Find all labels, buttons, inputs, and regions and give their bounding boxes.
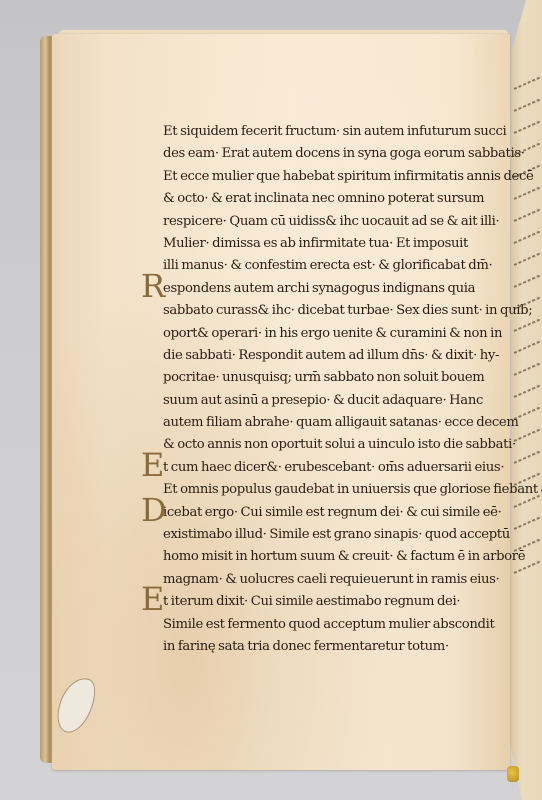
text-line: Mulier· dimissa es ab infirmitate tua· E…	[163, 233, 463, 255]
book-clasp	[507, 766, 519, 782]
line-text: Et omnis populus gaudebat in uniuersis q…	[163, 482, 542, 497]
line-text: sabbato curass& ihc· dicebat turbae· Sex…	[163, 303, 532, 318]
line-text: autem filiam abrahe· quam alligauit sata…	[163, 415, 518, 430]
text-line: Et siquidem fecerit fructum· sin autem i…	[163, 121, 463, 143]
text-line: existimabo illud· Simile est grano sinap…	[163, 524, 463, 546]
facing-text-line	[514, 186, 542, 200]
text-line: Et omnis populus gaudebat in uniuersis q…	[163, 479, 463, 501]
text-line: sabbato curass& ihc· dicebat turbae· Sex…	[163, 300, 463, 322]
decorated-initial-e: E	[141, 451, 164, 479]
facing-text-line	[514, 274, 542, 288]
text-line: Dicebat ergo· Cui simile est regnum dei·…	[163, 502, 463, 524]
line-text: respicere· Quam cū uidiss& ihc uocauit a…	[163, 214, 499, 229]
line-text: t iterum dixit· Cui simile aestimabo reg…	[163, 594, 460, 609]
line-text: suum aut asinū a presepio· & ducit adaqu…	[163, 393, 483, 408]
text-line: Et iterum dixit· Cui simile aestimabo re…	[163, 591, 463, 613]
line-text: Et siquidem fecerit fructum· sin autem i…	[163, 124, 506, 139]
line-text: magnam· & uolucres caeli requieuerunt in…	[163, 572, 499, 587]
text-line: & octo annis non oportuit solui a uincul…	[163, 434, 463, 456]
line-text: in farinę sata tria donec fermentaretur …	[163, 639, 449, 654]
line-text: illi manus· & confestim erecta est· & gl…	[163, 258, 492, 273]
text-line: Simile est fermento quod acceptum mulier…	[163, 614, 463, 636]
text-line: homo misit in hortum suum & creuit· & fa…	[163, 546, 463, 568]
facing-text-line	[514, 450, 542, 464]
decorated-initial-d: D	[141, 496, 166, 524]
facing-text-line	[514, 120, 542, 134]
facing-text-line	[514, 98, 542, 112]
facing-text-line	[514, 384, 542, 398]
facing-text-line	[514, 208, 542, 222]
line-text: & octo· & erat inclinata nec omnino pote…	[163, 191, 484, 206]
facing-text-line	[514, 230, 542, 244]
text-line: magnam· & uolucres caeli requieuerunt in…	[163, 569, 463, 591]
text-line: pocritae· unusquisq; urm̄ sabbato non so…	[163, 367, 463, 389]
text-line: Et cum haec dicer&· erubescebant· om̄s a…	[163, 457, 463, 479]
line-text: Et ecce mulier que habebat spiritum infi…	[163, 169, 533, 184]
line-text: t cum haec dicer&· erubescebant· om̄s ad…	[163, 460, 504, 475]
decorated-initial-e: E	[141, 585, 164, 613]
facing-text-line	[514, 340, 542, 354]
text-line: respicere· Quam cū uidiss& ihc uocauit a…	[163, 211, 463, 233]
line-text: pocritae· unusquisq; urm̄ sabbato non so…	[163, 370, 484, 385]
line-text: icebat ergo· Cui simile est regnum dei· …	[163, 505, 501, 520]
text-line: oport& operari· in his ergo uenite & cur…	[163, 323, 463, 345]
text-line: in farinę sata tria donec fermentaretur …	[163, 636, 463, 658]
line-text: die sabbati· Respondit autem ad illum dn…	[163, 348, 499, 363]
line-text: existimabo illud· Simile est grano sinap…	[163, 527, 510, 542]
manuscript-text: Et siquidem fecerit fructum· sin autem i…	[163, 121, 463, 658]
line-text: espondens autem archi synagogus indignan…	[163, 281, 475, 296]
line-text: Mulier· dimissa es ab infirmitate tua· E…	[163, 236, 468, 251]
line-text: homo misit in hortum suum & creuit· & fa…	[163, 549, 525, 564]
facing-text-line	[514, 362, 542, 376]
facing-text-line	[514, 252, 542, 266]
facing-text-line	[514, 318, 542, 332]
facing-text-line	[514, 516, 542, 530]
text-line: & octo· & erat inclinata nec omnino pote…	[163, 188, 463, 210]
decorated-initial-r: R	[141, 272, 165, 300]
text-line: Respondens autem archi synagogus indigna…	[163, 278, 463, 300]
text-line: autem filiam abrahe· quam alligauit sata…	[163, 412, 463, 434]
line-text: & octo annis non oportuit solui a uincul…	[163, 437, 516, 452]
text-line: suum aut asinū a presepio· & ducit adaqu…	[163, 390, 463, 412]
text-line: Et ecce mulier que habebat spiritum infi…	[163, 166, 463, 188]
facing-page-text	[514, 88, 542, 594]
line-text: oport& operari· in his ergo uenite & cur…	[163, 326, 502, 341]
line-text: des eam· Erat autem docens in syna goga …	[163, 146, 525, 161]
text-line: des eam· Erat autem docens in syna goga …	[163, 143, 463, 165]
text-line: die sabbati· Respondit autem ad illum dn…	[163, 345, 463, 367]
text-line: illi manus· & confestim erecta est· & gl…	[163, 255, 463, 277]
line-text: Simile est fermento quod acceptum mulier…	[163, 617, 494, 632]
